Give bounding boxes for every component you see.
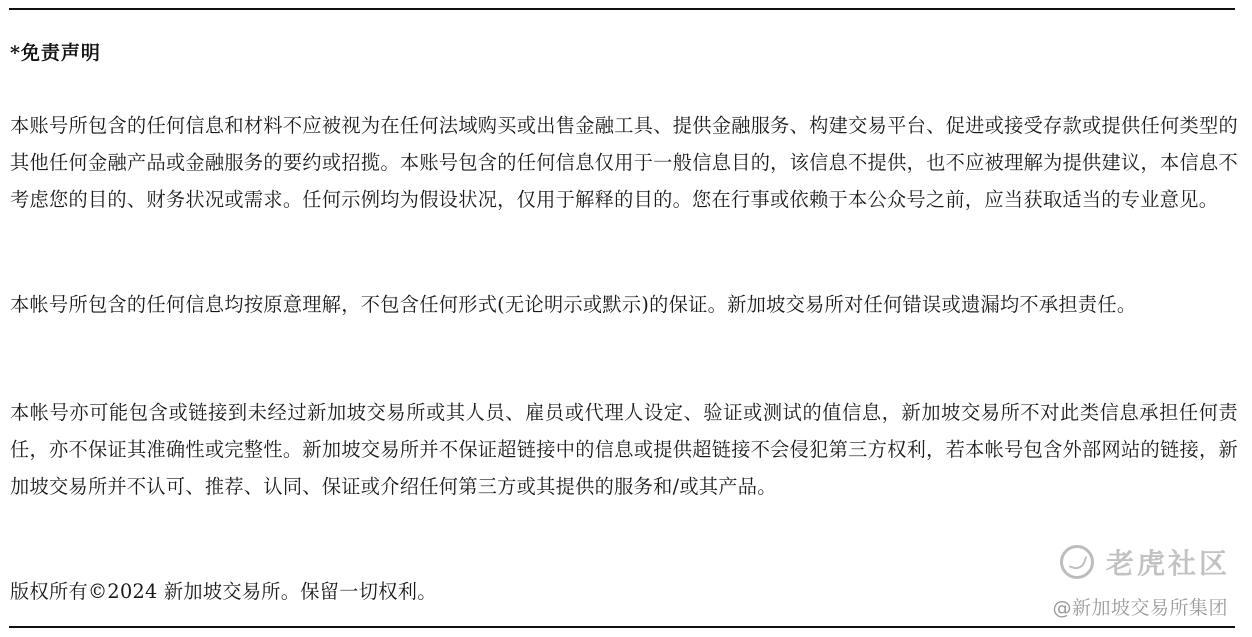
disclaimer-title: *免责声明 (10, 38, 101, 65)
bottom-divider (9, 626, 1235, 628)
watermark: 老虎社区 (1060, 542, 1230, 582)
watermark-handle: @新加坡交易所集团 (1052, 593, 1228, 620)
disclaimer-paragraph-2: 本帐号所包含的任何信息均按原意理解，不包含任何形式(无论明示或默示)的保证。新加… (10, 286, 1238, 323)
watermark-brand: 老虎社区 (1106, 542, 1230, 582)
top-divider (9, 8, 1235, 10)
disclaimer-paragraph-1: 本账号所包含的任何信息和材料不应被视为在任何法域购买或出售金融工具、提供金融服务… (10, 107, 1238, 218)
disclaimer-paragraph-3: 本帐号亦可能包含或链接到未经过新加坡交易所或其人员、雇员或代理人设定、验证或测试… (10, 394, 1238, 505)
tiger-community-logo-icon (1060, 545, 1094, 579)
